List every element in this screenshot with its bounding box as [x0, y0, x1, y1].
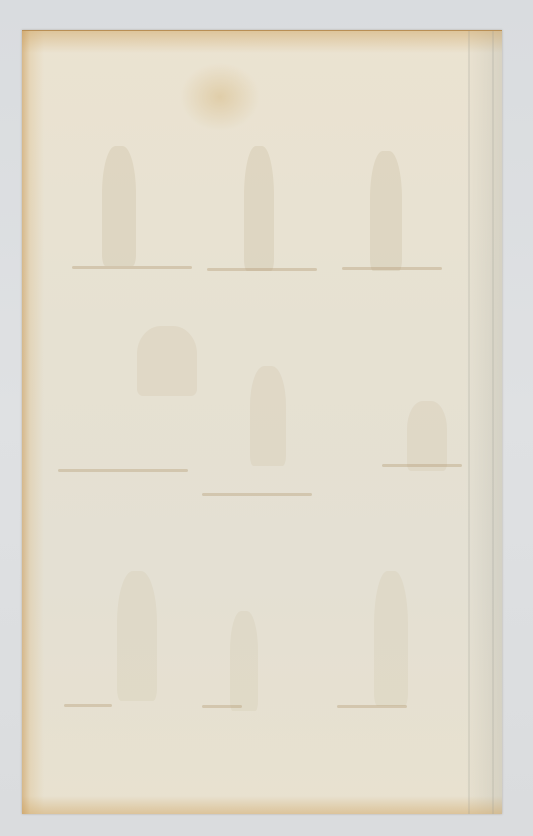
figure-bleedthrough	[370, 151, 402, 271]
ground-line	[202, 705, 242, 708]
ground-line	[58, 469, 188, 472]
figure-bleedthrough	[137, 326, 197, 396]
ground-line	[207, 268, 317, 271]
fold-line	[468, 31, 470, 814]
ground-line	[382, 464, 462, 467]
figure-bleedthrough	[407, 401, 447, 471]
paper-sheet	[22, 30, 502, 814]
figure-bleedthrough	[117, 571, 157, 701]
ground-line	[64, 704, 112, 707]
figure-bleedthrough	[244, 146, 274, 271]
figure-bleedthrough	[374, 571, 408, 706]
figure-bleedthrough	[230, 611, 258, 711]
ground-line	[202, 493, 312, 496]
ground-line	[342, 267, 442, 270]
figure-bleedthrough	[102, 146, 136, 266]
ground-line	[72, 266, 192, 269]
ground-line	[337, 705, 407, 708]
figure-bleedthrough	[250, 366, 286, 466]
fold-line	[492, 31, 494, 814]
